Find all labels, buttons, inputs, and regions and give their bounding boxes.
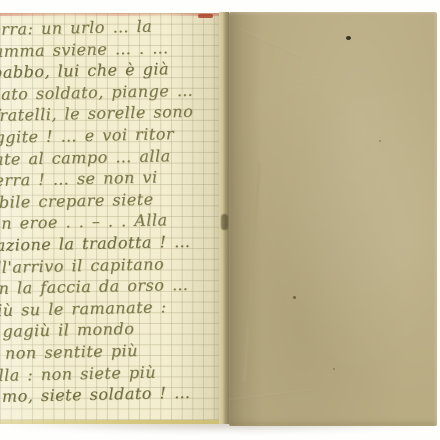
gutter-notch xyxy=(221,214,228,230)
right-page xyxy=(229,12,437,426)
paper-speck xyxy=(293,296,296,299)
paper-crease xyxy=(238,28,303,58)
paper-crease xyxy=(229,389,315,402)
handwriting-line: n la faccia da orso … xyxy=(0,273,221,300)
paper-speck xyxy=(346,36,351,40)
handwriting-line: mo, siete soldato ! … xyxy=(2,381,221,408)
paper-speck xyxy=(379,140,381,142)
left-page: erra: un urlo … la amma sviene … . … bab… xyxy=(0,13,221,424)
paper-crease xyxy=(243,162,260,382)
notebook-photo: erra: un urlo … la amma sviene … . … bab… xyxy=(0,0,440,440)
paper-crease xyxy=(270,75,329,91)
handwriting-block: erra: un urlo … la amma sviene … . … bab… xyxy=(0,14,221,408)
paper-speck xyxy=(333,368,335,370)
